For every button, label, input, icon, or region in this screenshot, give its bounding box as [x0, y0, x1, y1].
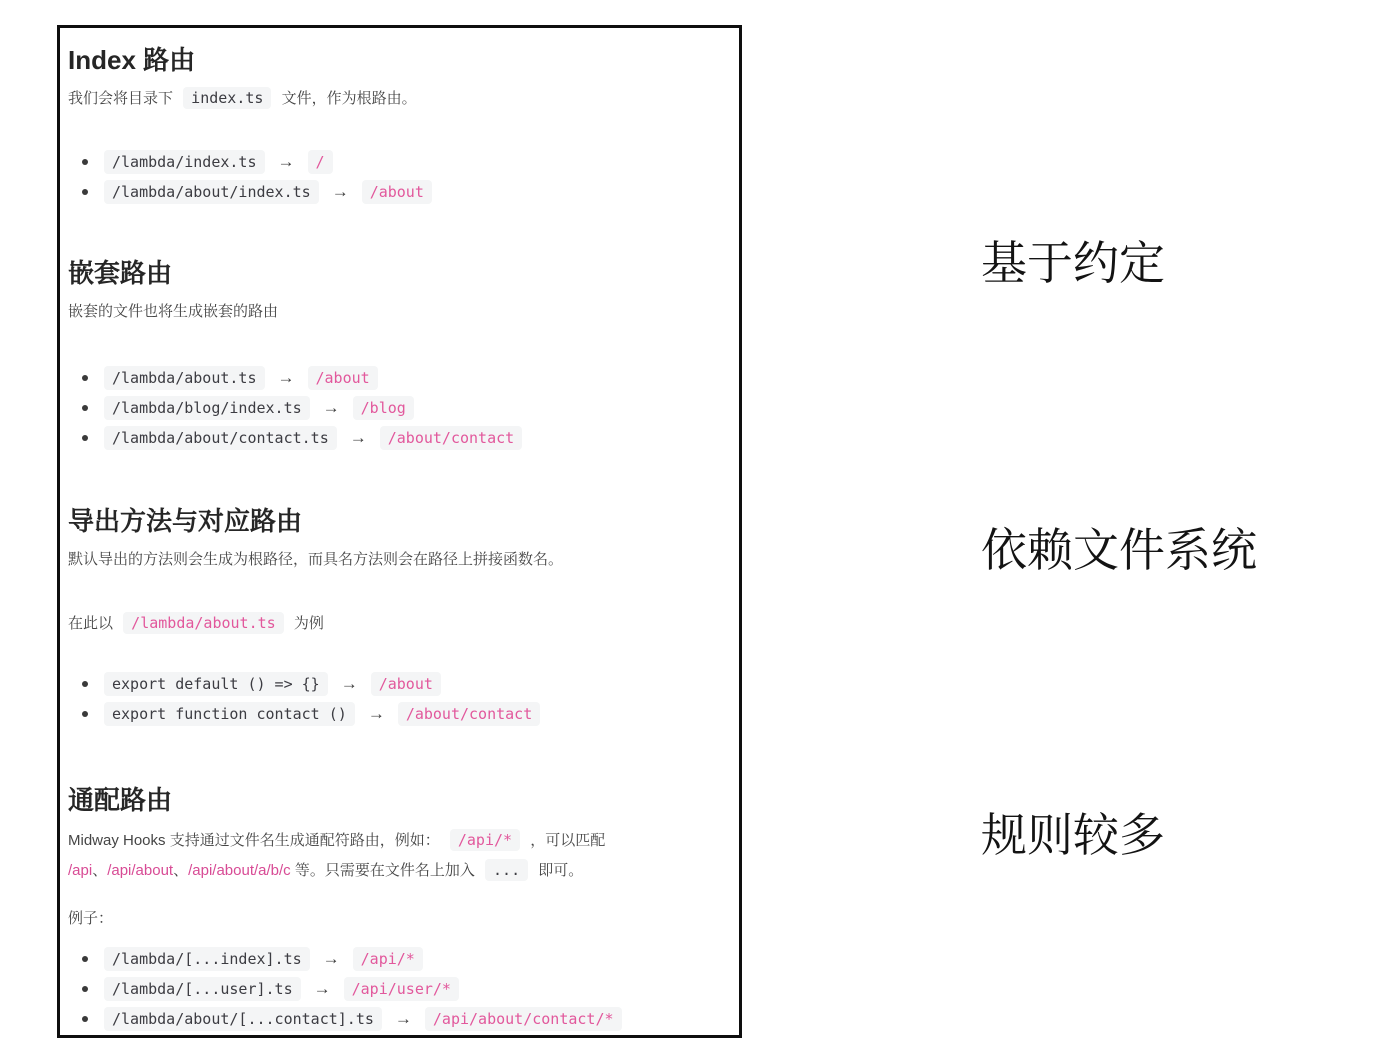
arrow-right-icon: → — [278, 152, 295, 172]
text-run: 默认导出的方法则会生成为根路径，而具名方法则会在路径上拼接函数名。 — [68, 551, 563, 568]
text-run: 为例 — [290, 615, 324, 632]
bullet-item: /lambda/about/index.ts→/about — [68, 177, 721, 207]
section-heading: 通配路由 — [68, 784, 721, 816]
paragraph: 默认导出的方法则会生成为根路径，而具名方法则会在路径上拼接函数名。 — [68, 545, 721, 575]
inline-code-chip: ... — [485, 859, 528, 881]
text-run: 我们会将目录下 — [68, 90, 177, 107]
doc-section: 通配路由Midway Hooks 支持通过文件名生成通配符路由，例如： /api… — [68, 784, 721, 1034]
paragraph: Midway Hooks 支持通过文件名生成通配符路由，例如： /api/* ，… — [68, 826, 721, 886]
paragraph: 在此以 /lambda/about.ts 为例 — [68, 609, 721, 639]
arrow-right-icon: → — [350, 428, 367, 448]
section-heading: Index 路由 — [68, 44, 721, 76]
bullet-item: /lambda/blog/index.ts→/blog — [68, 393, 721, 423]
arrow-right-icon: → — [323, 949, 340, 969]
bullet-list: export default () => {}→/aboutexport fun… — [68, 669, 721, 729]
paragraph: 我们会将目录下 index.ts 文件，作为根路由。 — [68, 84, 721, 114]
route-text: /api/about — [107, 862, 173, 879]
bullet-item: /lambda/about/contact.ts→/about/contact — [68, 423, 721, 453]
bullet-item: /lambda/about.ts→/about — [68, 363, 721, 393]
file-path-chip: /lambda/about/contact.ts — [104, 426, 337, 450]
bullet-dot-icon — [82, 1016, 88, 1022]
file-path-chip: /lambda/about/[...contact].ts — [104, 1007, 382, 1031]
route-text: /api/about/a/b/c — [188, 862, 291, 879]
bullet-dot-icon — [82, 956, 88, 962]
route-chip: /about — [371, 672, 441, 696]
route-chip: /about/contact — [398, 702, 540, 726]
bullet-list: /lambda/[...index].ts→/api/*/lambda/[...… — [68, 944, 721, 1034]
docs-panel: Index 路由我们会将目录下 index.ts 文件，作为根路由。/lambd… — [57, 25, 742, 1038]
bullet-item: export function contact ()→/about/contac… — [68, 699, 721, 729]
bullet-dot-icon — [82, 189, 88, 195]
doc-section: 导出方法与对应路由默认导出的方法则会生成为根路径，而具名方法则会在路径上拼接函数… — [68, 505, 721, 729]
doc-section: 嵌套路由嵌套的文件也将生成嵌套的路由/lambda/about.ts→/abou… — [68, 257, 721, 453]
text-run: 、 — [173, 862, 188, 879]
bullet-list: /lambda/about.ts→/about/lambda/blog/inde… — [68, 363, 721, 453]
route-chip: /about — [308, 366, 378, 390]
route-chip: /api/user/* — [344, 977, 459, 1001]
file-path-chip: /lambda/index.ts — [104, 150, 265, 174]
bullet-dot-icon — [82, 405, 88, 411]
arrow-right-icon: → — [314, 979, 331, 999]
bullet-dot-icon — [82, 681, 88, 687]
bullet-item: /lambda/about/[...contact].ts→/api/about… — [68, 1004, 721, 1034]
text-run: 嵌套的文件也将生成嵌套的路由 — [68, 303, 278, 320]
text-run: 、 — [92, 862, 107, 879]
route-chip: /blog — [353, 396, 414, 420]
paragraph: 例子： — [68, 904, 721, 934]
route-chip: /about — [362, 180, 432, 204]
text-run: ，可以匹配 — [526, 832, 605, 849]
route-chip: / — [308, 150, 333, 174]
bullet-dot-icon — [82, 711, 88, 717]
bullet-dot-icon — [82, 159, 88, 165]
bullet-item: /lambda/index.ts→/ — [68, 147, 721, 177]
inline-code-chip: index.ts — [183, 87, 271, 109]
inline-code-chip: /api/* — [450, 829, 520, 851]
file-path-chip: /lambda/about.ts — [104, 366, 265, 390]
section-heading: 导出方法与对应路由 — [68, 505, 721, 537]
bullet-list: /lambda/index.ts→//lambda/about/index.ts… — [68, 147, 721, 207]
route-text: /api — [68, 862, 92, 879]
file-path-chip: /lambda/blog/index.ts — [104, 396, 310, 420]
text-run: 在此以 — [68, 615, 117, 632]
bullet-dot-icon — [82, 375, 88, 381]
annotation-label: 基于约定 — [981, 237, 1165, 289]
route-chip: /about/contact — [380, 426, 522, 450]
doc-section: Index 路由我们会将目录下 index.ts 文件，作为根路由。/lambd… — [68, 44, 721, 207]
text-run: Midway Hooks 支持通过文件名生成通配符路由，例如： — [68, 832, 444, 849]
route-chip: /api/about/contact/* — [425, 1007, 622, 1031]
annotation-label: 规则较多 — [981, 809, 1165, 861]
inline-code-chip: /lambda/about.ts — [123, 612, 284, 634]
arrow-right-icon: → — [278, 368, 295, 388]
file-path-chip: export default () => {} — [104, 672, 328, 696]
route-chip: /api/* — [353, 947, 423, 971]
text-run: 即可。 — [534, 862, 583, 879]
file-path-chip: /lambda/[...user].ts — [104, 977, 301, 1001]
file-path-chip: /lambda/[...index].ts — [104, 947, 310, 971]
bullet-item: export default () => {}→/about — [68, 669, 721, 699]
bullet-item: /lambda/[...user].ts→/api/user/* — [68, 974, 721, 1004]
arrow-right-icon: → — [323, 398, 340, 418]
arrow-right-icon: → — [368, 704, 385, 724]
paragraph: 嵌套的文件也将生成嵌套的路由 — [68, 297, 721, 327]
text-run: 例子： — [68, 910, 113, 927]
arrow-right-icon: → — [332, 182, 349, 202]
text-run: 文件，作为根路由。 — [277, 90, 416, 107]
section-heading: 嵌套路由 — [68, 257, 721, 289]
bullet-item: /lambda/[...index].ts→/api/* — [68, 944, 721, 974]
file-path-chip: export function contact () — [104, 702, 355, 726]
annotation-label: 依赖文件系统 — [981, 524, 1257, 576]
bullet-dot-icon — [82, 435, 88, 441]
arrow-right-icon: → — [395, 1009, 412, 1029]
file-path-chip: /lambda/about/index.ts — [104, 180, 319, 204]
arrow-right-icon: → — [341, 674, 358, 694]
text-run: 等。只需要在文件名上加入 — [291, 862, 479, 879]
bullet-dot-icon — [82, 986, 88, 992]
